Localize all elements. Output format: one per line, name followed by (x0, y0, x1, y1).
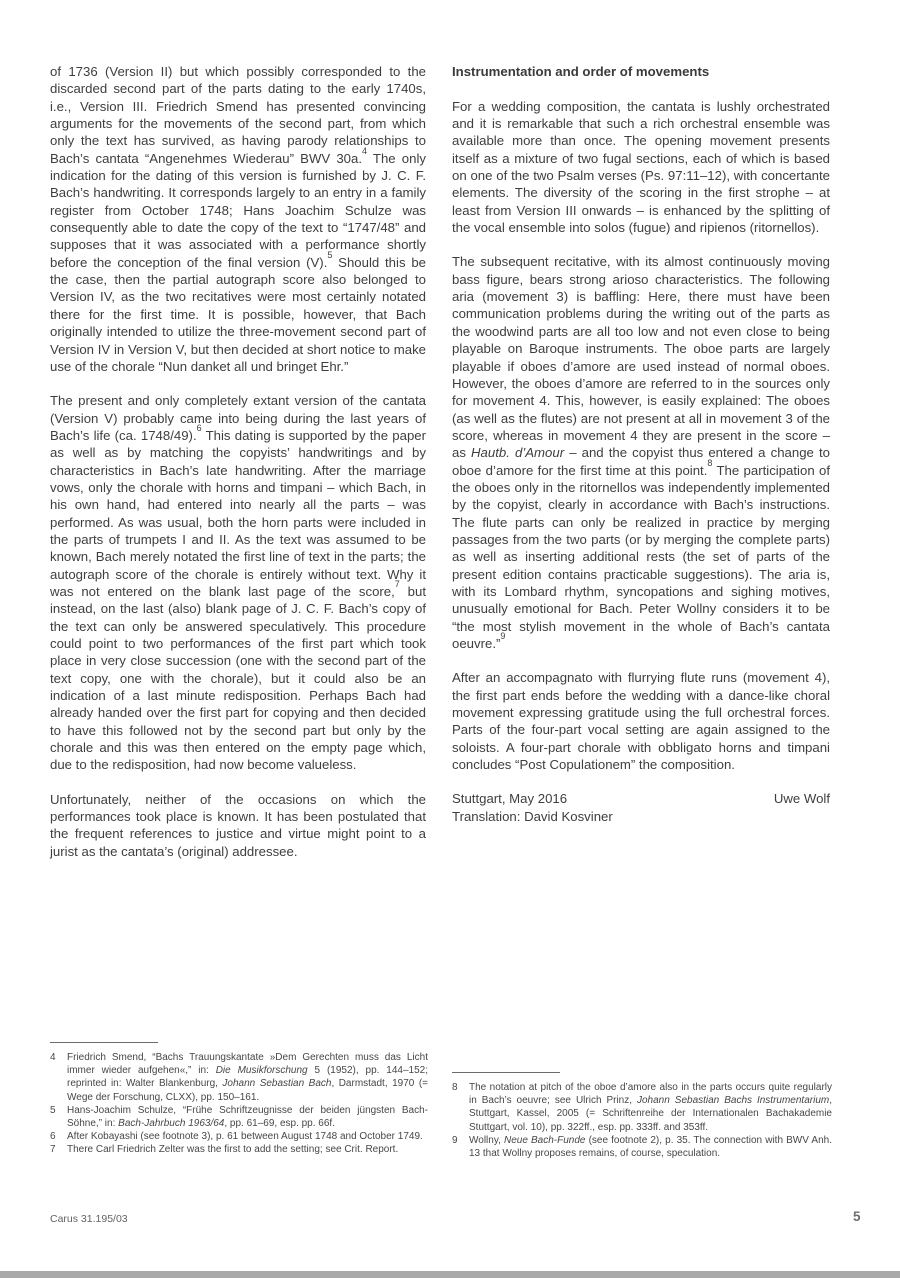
footnote-item: 6 After Kobayashi (see footnote 3), p. 6… (50, 1130, 428, 1143)
page-bottom-edge (0, 1271, 900, 1278)
footnote-text: After Kobayashi (see footnote 3), p. 61 … (67, 1130, 428, 1143)
footnote-item: 4 Friedrich Smend, “Bachs Trauungskantat… (50, 1051, 428, 1104)
footer-catalog-number: Carus 31.195/03 (50, 1213, 128, 1225)
footnote-text: The notation at pitch of the oboe d’amor… (469, 1081, 832, 1134)
body-paragraph: The subsequent recitative, with its almo… (452, 253, 830, 652)
footnote-item: 5 Hans-Joachim Schulze, “Frühe Schriftze… (50, 1104, 428, 1130)
right-footnotes: 8 The notation at pitch of the oboe d’am… (452, 1072, 832, 1160)
footnote-rule (50, 1042, 158, 1043)
body-paragraph: For a wedding composition, the cantata i… (452, 98, 830, 237)
footnote-text: There Carl Friedrich Zelter was the firs… (67, 1143, 428, 1156)
body-paragraph: Unfortunately, neither of the occasions … (50, 791, 426, 860)
section-heading: Instrumentation and order of movements (452, 63, 830, 80)
footnote-item: 8 The notation at pitch of the oboe d’am… (452, 1081, 832, 1134)
signoff-row: Stuttgart, May 2016 Uwe Wolf (452, 790, 830, 807)
body-paragraph: The present and only completely extant v… (50, 392, 426, 774)
footnote-number: 6 (50, 1130, 67, 1143)
footnote-text: Wollny, Neue Bach-Funde (see footnote 2)… (469, 1134, 832, 1160)
footnote-item: 7 There Carl Friedrich Zelter was the fi… (50, 1143, 428, 1156)
body-paragraph: of 1736 (Version II) but which possibly … (50, 63, 426, 375)
footnote-number: 8 (452, 1081, 469, 1134)
footnote-number: 7 (50, 1143, 67, 1156)
page: of 1736 (Version II) but which possibly … (0, 0, 900, 1278)
right-column: Instrumentation and order of movements F… (452, 63, 830, 825)
left-footnotes: 4 Friedrich Smend, “Bachs Trauungskantat… (50, 1042, 428, 1157)
body-paragraph: After an accompagnato with flurrying flu… (452, 669, 830, 773)
footnote-number: 5 (50, 1104, 67, 1130)
footnote-number: 9 (452, 1134, 469, 1160)
footnote-text: Friedrich Smend, “Bachs Trauungskantate … (67, 1051, 428, 1104)
footnote-text: Hans-Joachim Schulze, “Frühe Schriftzeug… (67, 1104, 428, 1130)
signoff-translation: Translation: David Kosviner (452, 808, 830, 825)
signoff-place-date: Stuttgart, May 2016 (452, 790, 567, 807)
left-column: of 1736 (Version II) but which possibly … (50, 63, 426, 877)
page-number: 5 (853, 1209, 861, 1224)
footnote-item: 9 Wollny, Neue Bach-Funde (see footnote … (452, 1134, 832, 1160)
footnote-rule (452, 1072, 560, 1073)
signoff-author: Uwe Wolf (774, 790, 830, 807)
footnote-number: 4 (50, 1051, 67, 1104)
